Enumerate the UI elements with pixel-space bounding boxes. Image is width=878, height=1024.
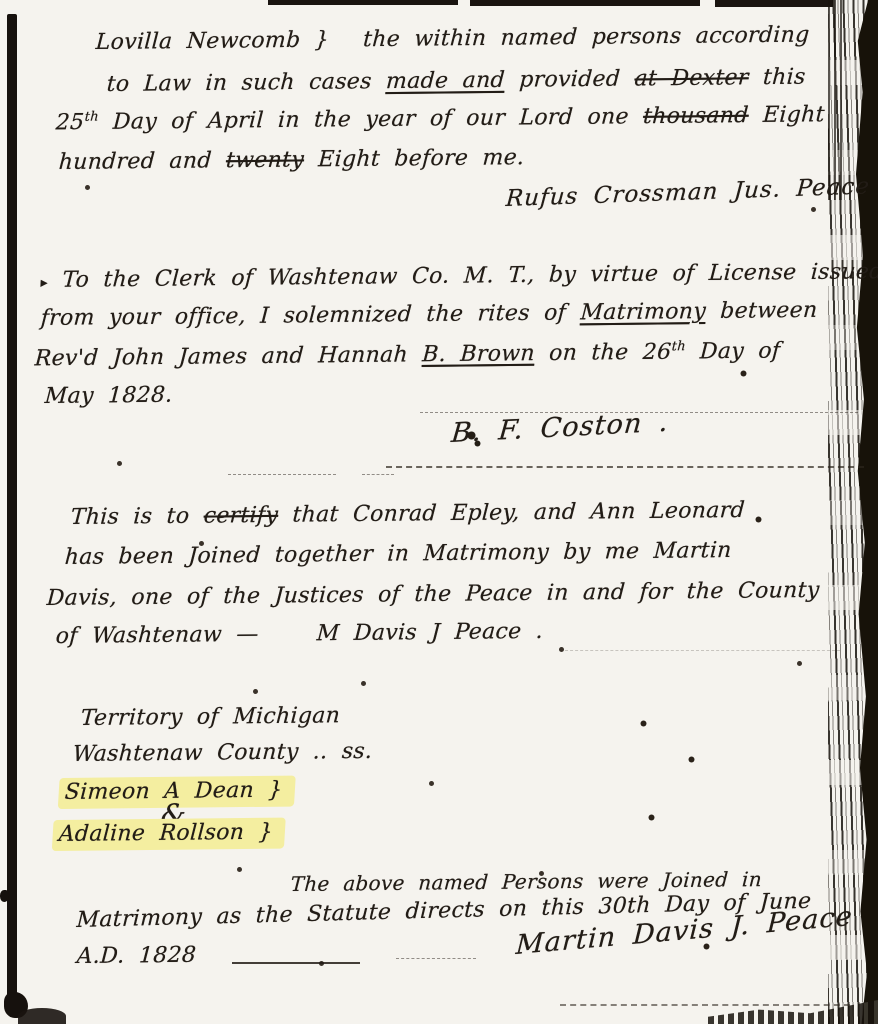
record-epley-leonard-line-2: has been Joined together in Matrimony by… (64, 538, 732, 570)
scratch-line (560, 650, 840, 651)
ink-speckles (0, 0, 3, 3)
torn-top-strip (470, 0, 700, 6)
ink-smudge-bottom-left (18, 1008, 66, 1024)
scratch-line (228, 474, 336, 475)
underlined-words: Matrimony (580, 299, 707, 325)
signature-rufus-crossman: Rufus Crossman Jus. Peace (505, 173, 871, 212)
record-dean-rollson-territory: Territory of Michigan (80, 703, 341, 731)
record-epley-leonard-line-1: This is to certify that Conrad Epley, an… (70, 498, 746, 530)
scratch-line (362, 474, 394, 475)
marginal-mark: ▸ (40, 275, 48, 291)
record-james-brown-line-2: from your office, I solemnized the rites… (40, 298, 818, 331)
scanned-marriage-record-page: Lovilla Newcomb }the within named person… (0, 0, 878, 1024)
record-newcomb-line-4: hundred and twenty Eight before me. (58, 145, 525, 175)
record-james-brown-line-4: May 1828. (44, 383, 173, 409)
struck-words: at Dexter (634, 65, 750, 91)
highlight-adaline-rollson: Adaline Rollson } (52, 818, 286, 851)
scratch-line (386, 466, 864, 468)
inline-signature-m-davis: M Davis J Peace . (316, 619, 544, 646)
torn-top-strip (715, 0, 833, 7)
scratch-line (396, 958, 476, 959)
record-newcomb-line-3: 25th Day of April in the year of our Lor… (55, 102, 825, 135)
record-epley-leonard-line-4: of Washtenaw —M Davis J Peace . (55, 619, 544, 649)
record-dean-rollson-county: Washtenaw County .. ss. (72, 739, 373, 767)
left-margin-rule (7, 14, 17, 1010)
torn-top-strip (268, 0, 458, 5)
struck-words: thousand (642, 103, 749, 129)
record-newcomb-line-1: Lovilla Newcomb }the within named person… (95, 23, 810, 55)
underlined-words: made and (385, 68, 505, 94)
party-names: Lovilla Newcomb } (95, 28, 330, 55)
binding-edge-streaks (828, 0, 844, 200)
struck-words: certify (203, 503, 279, 529)
signature-bf-coston: B. F. Coston . (450, 407, 670, 449)
record-epley-leonard-line-3: Davis, one of the Justices of the Peace … (46, 578, 820, 611)
highlighted-name-bride: Adaline Rollson } (52, 820, 286, 847)
record-newcomb-line-2: to Law in such cases made and provided a… (106, 65, 806, 97)
record-dean-rollson-date: A.D. 1828 (76, 943, 197, 969)
scratch-line (560, 1004, 850, 1006)
record-james-brown-line-3: Rev'd John James and Hannah B. Brown on … (34, 338, 781, 371)
record-james-brown-line-1: ▸ To the Clerk of Washtenaw Co. M. T., b… (40, 259, 878, 293)
underlined-words: B. Brown (422, 341, 536, 367)
pen-dash (232, 962, 360, 964)
struck-words: twenty (225, 147, 304, 173)
